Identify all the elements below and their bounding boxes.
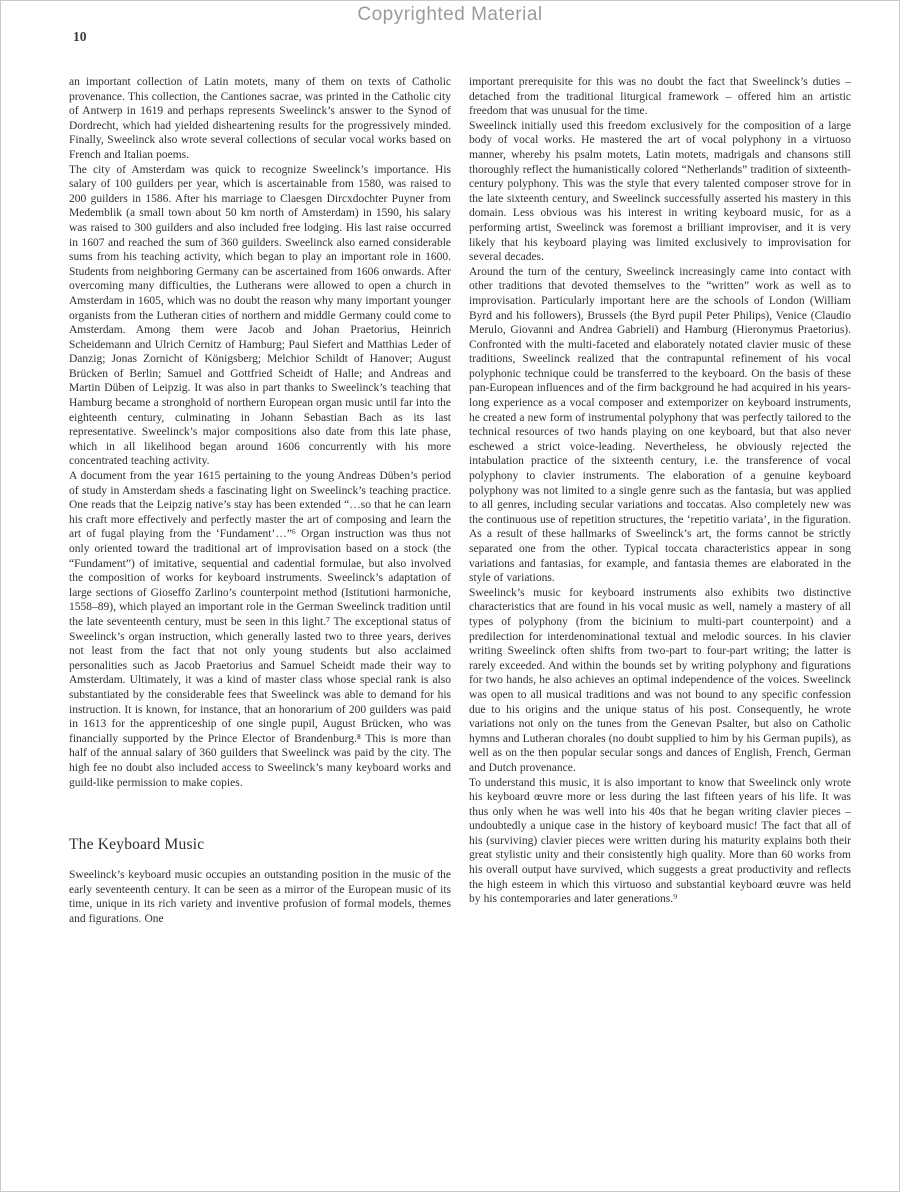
paragraph: Sweelinck’s music for keyboard instrumen… [469, 586, 851, 776]
text-columns: an important collection of Latin motets,… [69, 75, 851, 926]
paragraph: Around the turn of the century, Sweelinc… [469, 265, 851, 586]
paragraph: Sweelinck initially used this freedom ex… [469, 119, 851, 265]
section-heading: The Keyboard Music [69, 836, 451, 854]
page-number: 10 [73, 29, 87, 45]
paragraph: To understand this music, it is also imp… [469, 776, 851, 907]
paragraph: A document from the year 1615 pertaining… [69, 469, 451, 790]
copyright-watermark: Copyrighted Material [1, 4, 899, 26]
left-column: an important collection of Latin motets,… [69, 75, 451, 926]
paragraph: Sweelinck’s keyboard music occupies an o… [69, 868, 451, 926]
book-page: Copyrighted Material 10 an important col… [0, 0, 900, 1192]
paragraph: an important collection of Latin motets,… [69, 75, 451, 163]
right-column: important prerequisite for this was no d… [469, 75, 851, 926]
paragraph: The city of Amsterdam was quick to recog… [69, 163, 451, 469]
paragraph: important prerequisite for this was no d… [469, 75, 851, 119]
